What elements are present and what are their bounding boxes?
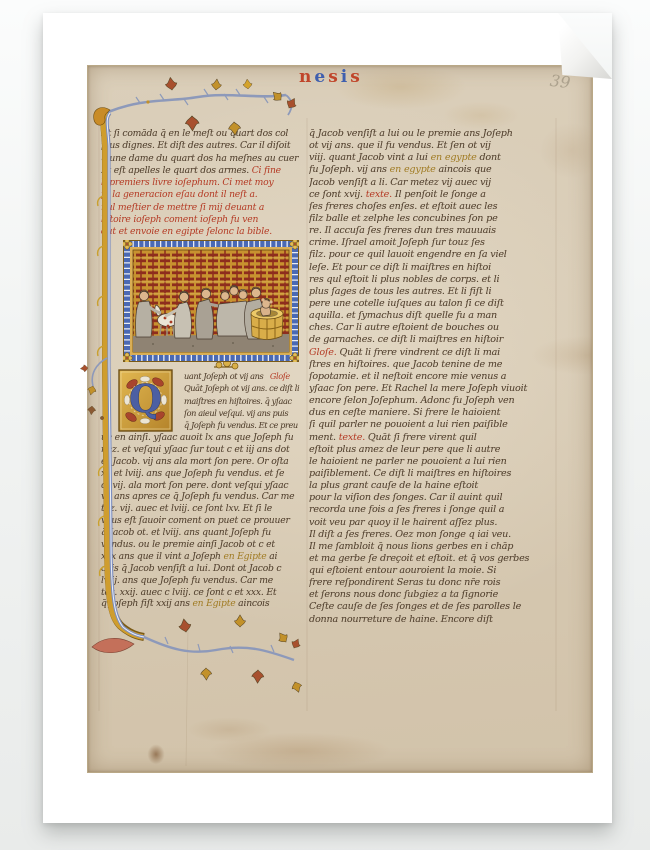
decorated-initial: Q: [118, 369, 173, 432]
top-vine: [108, 77, 299, 136]
miniature-art: [123, 240, 299, 362]
parchment-page: nesis 39: [87, 65, 593, 773]
photo-card: nesis 39: [43, 13, 612, 823]
miniature-joseph-well-scene: [123, 240, 299, 362]
ruling-lines: [99, 118, 556, 766]
initial-letter: Q: [129, 376, 162, 421]
initial-art: Q: [118, 369, 173, 432]
bottom-vine: [144, 615, 303, 694]
bar-bottom-leaf: [92, 638, 134, 652]
manuscript-photo: nesis 39: [0, 0, 650, 850]
